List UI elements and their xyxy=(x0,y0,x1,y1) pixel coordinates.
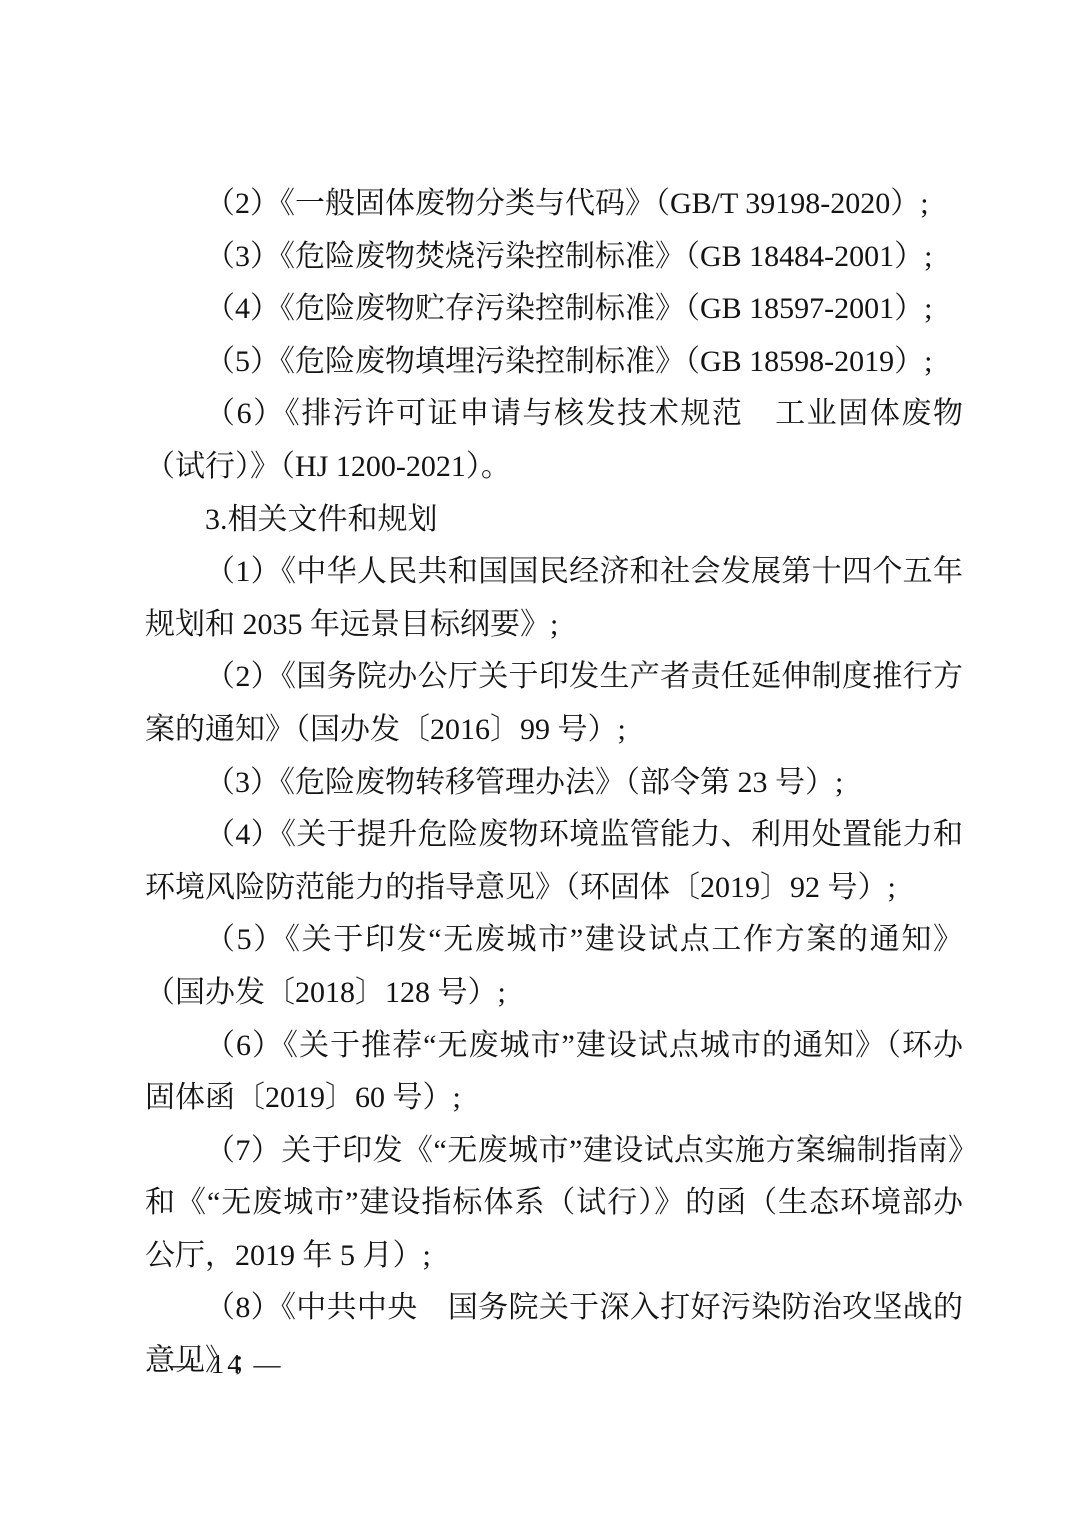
document-page: （2）《一般固体废物分类与代码》（GB/T 39198-2020）; （3）《危… xyxy=(0,0,1074,1520)
paragraph-doc-5: （5）《关于印发“无废城市”建设试点工作方案的通知》（国办发〔2018〕128 … xyxy=(145,914,963,1019)
page-number: — 14 — xyxy=(171,1346,284,1382)
paragraph-doc-2: （2）《国务院办公厅关于印发生产者责任延伸制度推行方案的通知》（国办发〔2016… xyxy=(145,651,963,756)
paragraph-standard-6: （6）《排污许可证申请与核发技术规范 工业固体废物（试行）》（HJ 1200-2… xyxy=(145,388,963,493)
paragraph-doc-1: （1）《中华人民共和国国民经济和社会发展第十四个五年规划和 2035 年远景目标… xyxy=(145,546,963,651)
paragraph-standard-4: （4）《危险废物贮存污染控制标准》（GB 18597-2001）; xyxy=(145,283,963,336)
paragraph-standard-2: （2）《一般固体废物分类与代码》（GB/T 39198-2020）; xyxy=(145,178,963,231)
paragraph-standard-3: （3）《危险废物焚烧污染控制标准》（GB 18484-2001）; xyxy=(145,231,963,284)
document-body: （2）《一般固体废物分类与代码》（GB/T 39198-2020）; （3）《危… xyxy=(145,178,963,1388)
paragraph-doc-6: （6）《关于推荐“无废城市”建设试点城市的通知》（环办固体函〔2019〕60 号… xyxy=(145,1020,963,1125)
paragraph-standard-5: （5）《危险废物填埋污染控制标准》（GB 18598-2019）; xyxy=(145,336,963,389)
paragraph-doc-3: （3）《危险废物转移管理办法》（部令第 23 号）; xyxy=(145,757,963,810)
paragraph-doc-7: （7）关于印发《“无废城市”建设试点实施方案编制指南》和《“无废城市”建设指标体… xyxy=(145,1125,963,1283)
section-heading: 3.相关文件和规划 xyxy=(145,494,963,547)
paragraph-doc-4: （4）《关于提升危险废物环境监管能力、利用处置能力和环境风险防范能力的指导意见》… xyxy=(145,809,963,914)
